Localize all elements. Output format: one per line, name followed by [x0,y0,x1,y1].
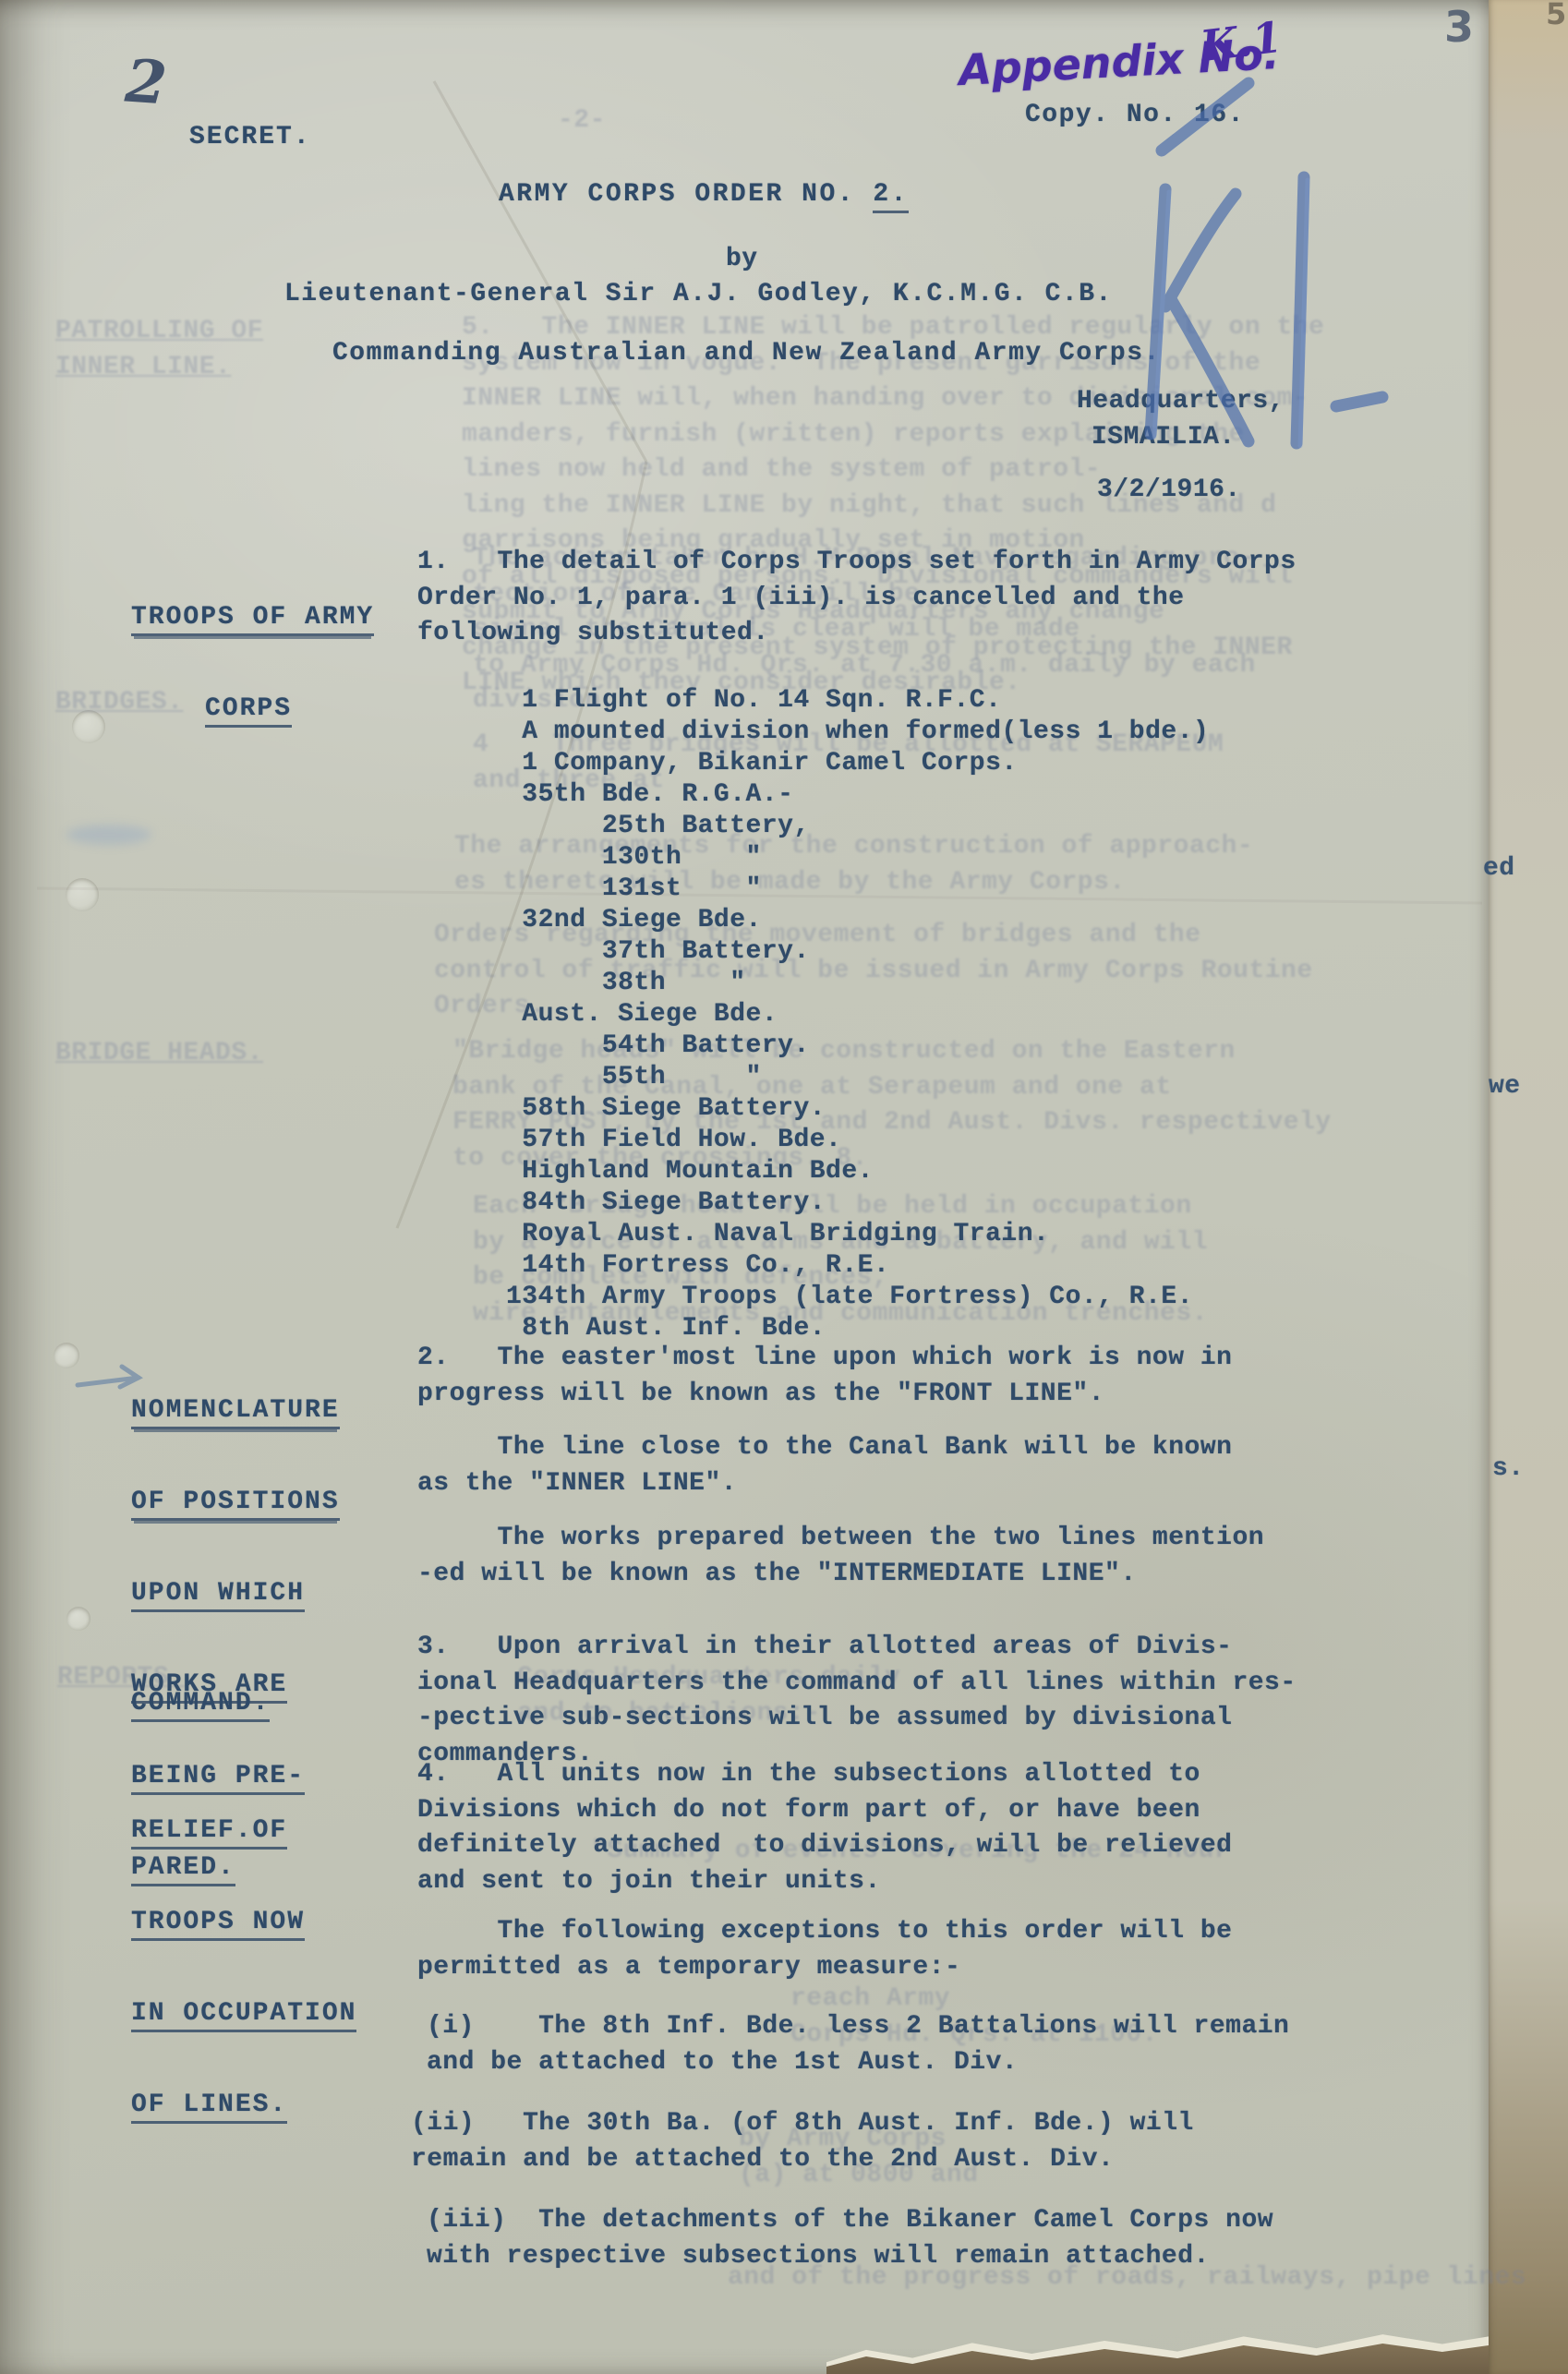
heading-line: NOMENCLATURE [131,1397,340,1429]
copy-number: Copy. No. 16. [1025,98,1245,134]
edge-fragment: ed [1483,851,1515,887]
section-heading-relief: RELIEF.OF TROOPS NOW IN OCCUPATION OF LI… [131,1762,356,2183]
heading-line: UPON WHICH [131,1580,305,1612]
edge-fragment: we [1489,1069,1521,1105]
paragraph-2b: The line close to the Canal Bank will be… [417,1430,1232,1501]
hq-line: Headquarters, [1077,384,1285,420]
paragraph-1: 1. The detail of Corps Troops set forth … [417,545,1297,652]
paragraph-4: 4. All units now in the subsections allo… [417,1757,1232,1899]
heading-line: COMMAND. [131,1690,270,1722]
edge-fragment: s. [1492,1452,1525,1488]
appendix-number-handwritten: K.1 [1198,12,1285,71]
exception-iii: (iii) The detachments of the Bikaner Cam… [427,2203,1273,2274]
section-heading-command: COMMAND. [131,1634,270,1781]
page-edge-strip [1487,0,1568,2374]
paragraph-2c: The works prepared between the two lines… [417,1521,1264,1592]
bleedthrough-text: -2- [558,103,606,139]
paragraph-2a: 2. The easter'most line upon which work … [417,1341,1232,1412]
heading-line: TROOPS NOW [131,1909,305,1941]
exception-ii: (ii) The 30th Ba. (of 8th Aust. Inf. Bde… [411,2106,1194,2177]
underlying-page-number: 5 [1546,0,1566,31]
paragraph-4-exceptions-intro: The following exceptions to this order w… [417,1914,1232,1985]
punch-hole [66,878,99,911]
paragraph-3: 3. Upon arrival in their allotted areas … [417,1630,1297,1772]
classification-label: SECRET. [189,120,311,156]
commander-name: Lieutenant-General Sir A.J. Godley, K.C.… [284,277,1113,313]
heading-line: OF LINES. [131,2091,287,2124]
heading-line: CORPS [205,695,292,728]
date-line: 3/2/1916. [1097,473,1241,509]
page-number-handwritten: 2 [123,47,169,119]
unit-list: 1 Flight of No. 14 Sqn. R.F.C. A mounted… [506,685,1209,1344]
section-heading-troops: TROOPS OF ARMY CORPS [131,548,374,787]
byline: by [726,242,758,278]
commander-role: Commanding Australian and New Zealand Ar… [332,336,1161,372]
heading-line: OF POSITIONS [131,1488,340,1521]
heading-line: TROOPS OF ARMY [131,604,374,636]
order-title-main: ARMY CORPS ORDER NO. [499,180,873,209]
heading-line: RELIEF.OF [131,1817,287,1850]
heading-line: IN OCCUPATION [131,2000,356,2032]
bleedthrough-text: BRIDGE HEADS. [55,1036,263,1072]
document-photo: -2- PATROLLING OF INNER LINE. 5. The INN… [0,0,1568,2374]
bleedthrough-text: PATROLLING OF INNER LINE. [55,314,263,385]
order-title-number: 2. [873,180,909,213]
ink-smudge [66,825,151,845]
punch-hole [54,1343,79,1368]
order-title: ARMY CORPS ORDER NO. 2. [499,177,909,213]
exception-i: (i) The 8th Inf. Bde. less 2 Battalions … [427,2009,1289,2080]
location-line: ISMAILIA. [1092,420,1236,456]
page-number-pencil: 3 [1444,2,1474,52]
punch-hole [66,1607,90,1631]
